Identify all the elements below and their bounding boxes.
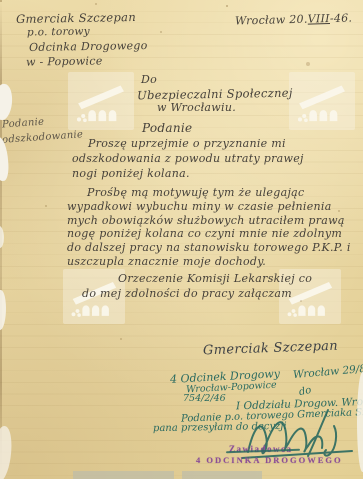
date-month: VIII: [308, 12, 331, 26]
bottom-watermark-band: [73, 471, 174, 479]
document-date: Wrocław 20.VIII-46.: [235, 11, 353, 27]
page-title: Podanie: [142, 121, 192, 135]
torn-edge: [0, 83, 14, 121]
archive-watermark: [68, 72, 134, 130]
recipient-city: w Wrocławiu.: [157, 101, 236, 114]
archive-watermark: [289, 72, 355, 130]
body-paragraph-3: Orzeczenie Komisji Lekarskiej co do mej …: [82, 272, 324, 301]
applicant-signature: Gmerciak Szczepan: [203, 339, 338, 359]
torn-edge: [0, 425, 15, 479]
margin-note-line1: Podanie: [2, 117, 45, 131]
stamp-unit-line: 4 ODCINKA DROGOWEGO: [196, 455, 343, 465]
bottom-watermark-band: [182, 471, 262, 479]
sender-name: Gmerciak Szczepan: [16, 10, 136, 26]
torn-edge: [357, 372, 363, 472]
date-city-day: Wrocław 20.: [235, 13, 308, 28]
office-to: do: [298, 385, 312, 398]
office-reference-number: 754/2/46: [183, 393, 226, 404]
sender-role: p.o. torowy: [27, 25, 90, 38]
paper-specks: [0, 0, 2, 2]
recipient-salutation: Do: [141, 73, 157, 86]
body-paragraph-2: Prośbę mą motywuję tym że ulegając wypad…: [67, 186, 354, 269]
office-date: Wrocław 29/8: [293, 363, 363, 381]
sender-location: w - Popowice: [26, 54, 103, 68]
torn-edge: [0, 226, 4, 248]
archive-watermark-icon: [74, 77, 128, 125]
recipient-name: Ubezpieczalni Społecznej: [137, 86, 293, 103]
torn-edge: [0, 290, 7, 331]
date-year: -46.: [330, 11, 353, 25]
archive-watermark-icon: [295, 77, 349, 125]
scanned-document: Gmerciak Szczepan p.o. torowy Odcinka Dr…: [0, 0, 363, 479]
body-paragraph-1: Proszę uprzejmie o przyznanie mi odszkod…: [72, 136, 322, 181]
sender-unit: Odcinka Drogowego: [29, 39, 148, 54]
